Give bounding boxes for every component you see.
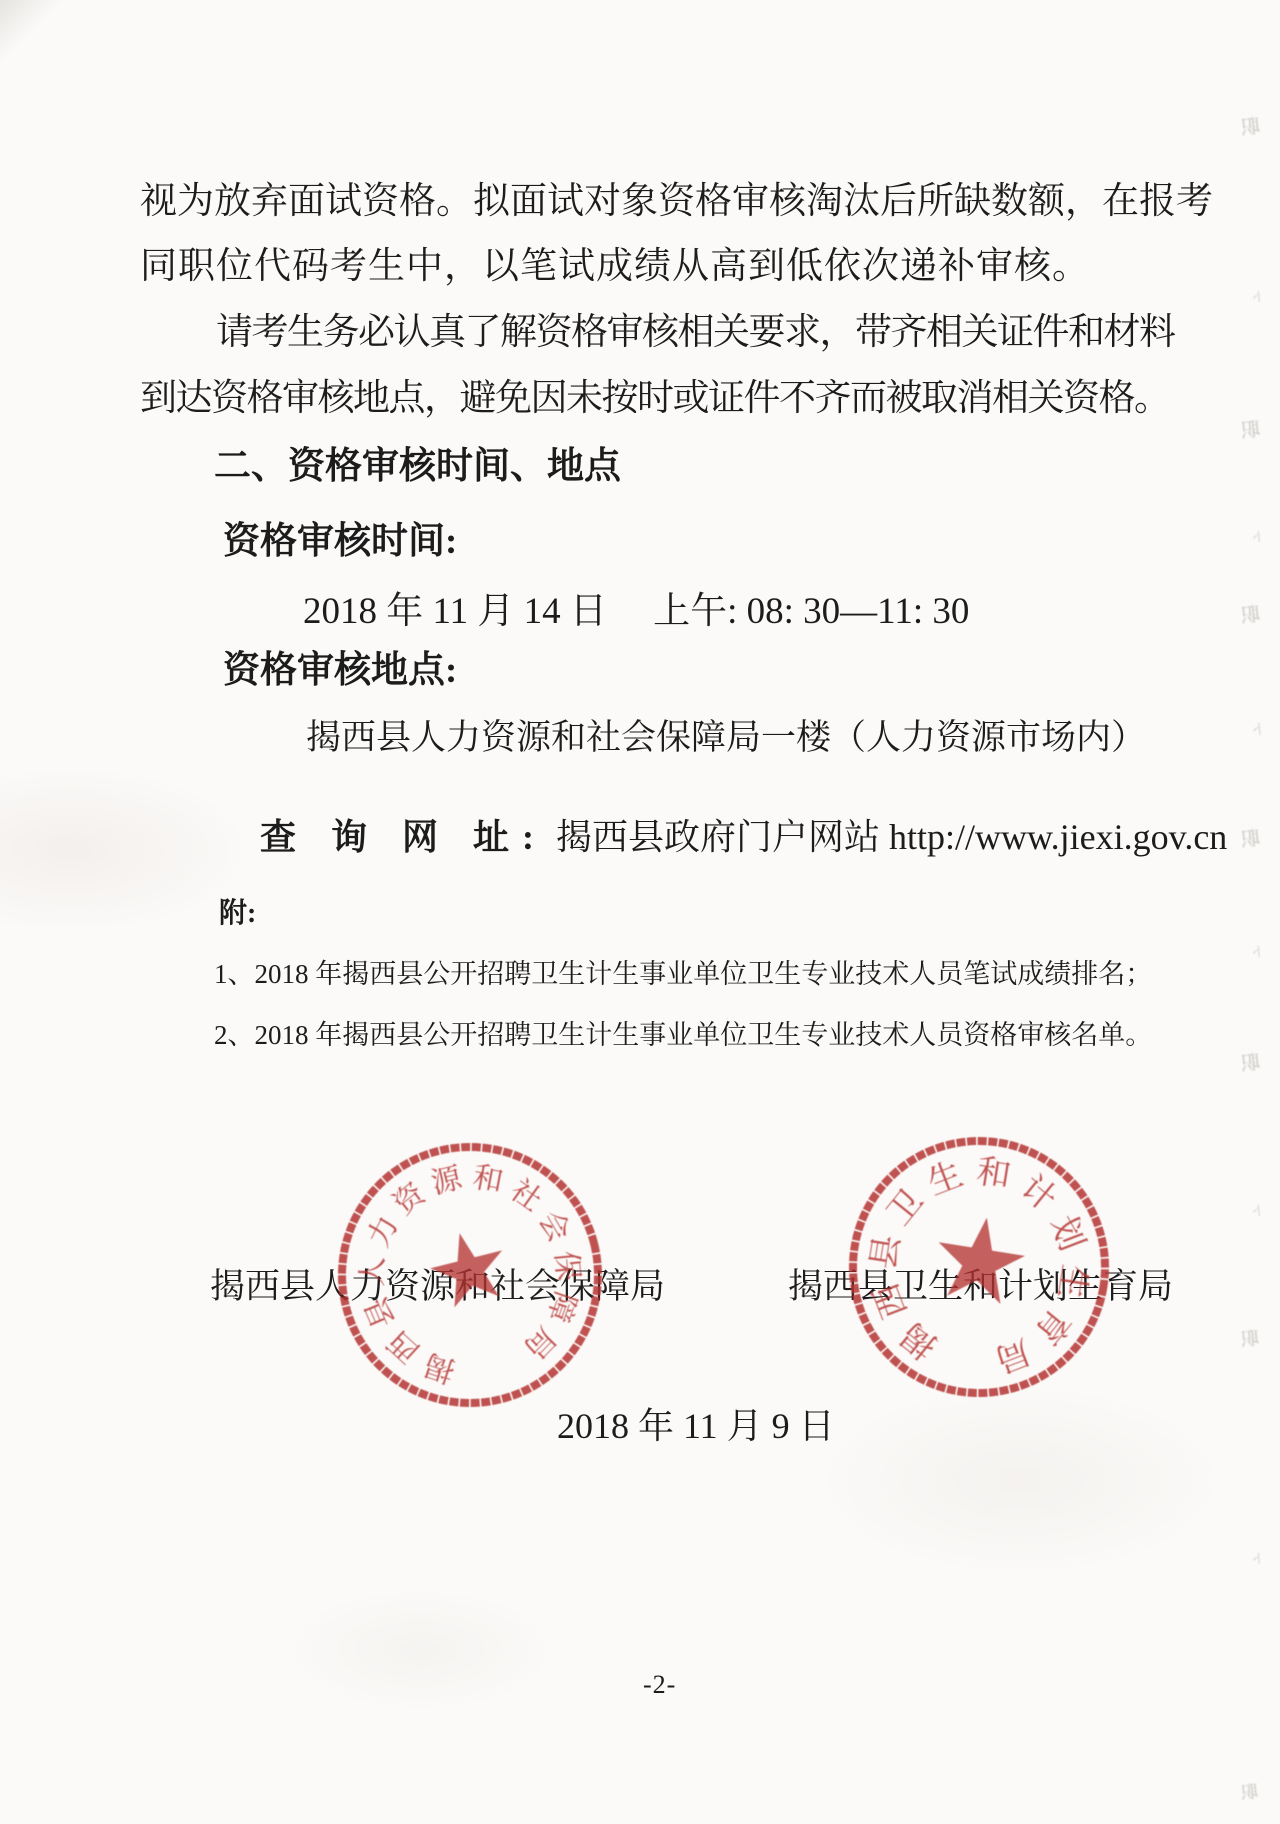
- bleed-through-mark: 卜: [1251, 1201, 1265, 1219]
- svg-text:障: 障: [541, 1287, 582, 1326]
- bleed-through-mark: 卜: [1251, 1549, 1265, 1567]
- svg-text:县: 县: [865, 1233, 907, 1272]
- website-url: 揭西县政府门户网站 http://www.jiexi.gov.cn: [547, 817, 1227, 857]
- svg-text:和: 和: [974, 1153, 1013, 1195]
- review-place-value: 揭西县人力资源和社会保障局一楼（人力资源市场内）: [306, 718, 1146, 757]
- section-heading: 二、资格审核时间、地点: [214, 446, 621, 487]
- svg-text:卫: 卫: [881, 1183, 931, 1233]
- official-stamp-health-bureau: 揭西县卫生和计划生育局: [837, 1125, 1121, 1409]
- svg-text:会: 会: [532, 1205, 576, 1247]
- svg-text:社: 社: [504, 1174, 548, 1218]
- website-line: 查 询 网 址: 揭西县政府门户网站 http://www.jiexi.gov.…: [224, 777, 1227, 898]
- bleed-through-mark: 职: [1240, 1777, 1260, 1804]
- svg-text:局: 局: [990, 1331, 1035, 1378]
- bleed-through-mark: 卜: [1251, 942, 1265, 960]
- svg-text:生: 生: [922, 1155, 967, 1203]
- svg-text:和: 和: [470, 1161, 506, 1199]
- bleed-through-mark: 职: [1240, 414, 1262, 443]
- svg-text:资: 资: [387, 1176, 432, 1221]
- scanned-document-page: 视为放弃面试资格。拟面试对象资格审核淘汰后所缺数额，在报考 同职位代码考生中，以…: [0, 0, 1280, 1824]
- paragraph-1-line-1: 视为放弃面试资格。拟面试对象资格审核淘汰后所缺数额，在报考: [140, 181, 1213, 222]
- bleed-through-mark: 职: [1240, 1324, 1261, 1352]
- bleed-through-mark: 职: [1240, 823, 1262, 852]
- page-number: -2-: [643, 1670, 676, 1700]
- review-time-value: 2018 年 11 月 14 日 上午: 08: 30—11: 30: [303, 591, 969, 632]
- svg-text:生: 生: [1051, 1262, 1094, 1302]
- bleed-through-mark: 卜: [1251, 287, 1265, 305]
- bleed-through-mark: 职: [1240, 1047, 1262, 1076]
- official-stamp-hr-bureau: 揭西县人力资源和社会保障局: [326, 1131, 614, 1419]
- review-place-label: 资格审核地点:: [223, 650, 457, 691]
- attachment-item-1: 1、2018 年揭西县公开招聘卫生计生事业单位卫生专业技术人员笔试成绩排名；: [214, 959, 1152, 989]
- svg-text:源: 源: [428, 1161, 466, 1201]
- paragraph-2-line-1: 请考生务必认真了解资格审核相关要求，带齐相关证件和材料: [216, 312, 1175, 353]
- svg-text:保: 保: [549, 1250, 585, 1283]
- svg-text:西: 西: [382, 1324, 426, 1369]
- website-label: 查 询 网 址:: [260, 817, 547, 857]
- attachment-label: 附:: [219, 898, 256, 929]
- svg-text:揭: 揭: [421, 1347, 460, 1388]
- svg-text:揭: 揭: [894, 1315, 944, 1366]
- svg-text:人: 人: [356, 1256, 390, 1287]
- svg-text:计: 计: [1013, 1168, 1063, 1219]
- svg-text:局: 局: [517, 1320, 562, 1365]
- bleed-through-mark: 卜: [1251, 718, 1266, 738]
- bleed-through-mark: 职: [1240, 111, 1262, 140]
- review-time-label: 资格审核时间:: [223, 521, 457, 562]
- svg-text:西: 西: [868, 1278, 915, 1323]
- attachment-item-2: 2、2018 年揭西县公开招聘卫生计生事业单位卫生专业技术人员资格审核名单。: [214, 1020, 1152, 1050]
- paragraph-2-line-2: 到达资格审核地点，避免因未按时或证件不齐而被取消相关资格。: [140, 378, 1170, 419]
- bleed-through-mark: 卜: [1251, 527, 1265, 545]
- bleed-through-mark: 职: [1240, 599, 1262, 628]
- svg-text:育: 育: [1027, 1301, 1078, 1351]
- svg-text:力: 力: [362, 1211, 405, 1253]
- svg-text:划: 划: [1043, 1210, 1091, 1255]
- svg-text:县: 县: [359, 1292, 401, 1332]
- paragraph-1-line-2: 同职位代码考生中，以笔试成绩从高到低依次递补审核。: [140, 246, 1090, 287]
